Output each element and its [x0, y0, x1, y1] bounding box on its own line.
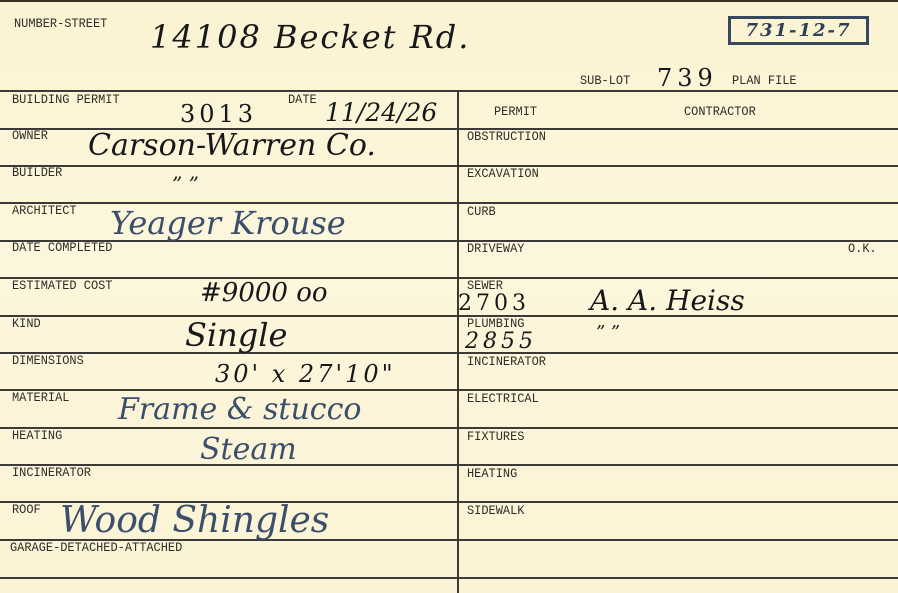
date-completed-label: DATE COMPLETED: [12, 240, 112, 255]
date-value: 11/24/26: [325, 98, 437, 127]
builder-label: BUILDER: [12, 165, 62, 180]
heating-label: HEATING: [12, 428, 62, 443]
sewer-permit-value: 2703: [458, 291, 530, 316]
building-permit-label: BUILDING PERMIT: [12, 92, 120, 107]
curb-label: CURB: [467, 204, 496, 219]
incinerator-permit-label: INCINERATOR: [467, 354, 546, 369]
contractor-column-header: CONTRACTOR: [684, 104, 756, 119]
garage-label: GARAGE-DETACHED-ATTACHED: [10, 540, 182, 555]
rule-line: [457, 464, 898, 466]
driveway-label: DRIVEWAY: [467, 241, 524, 256]
file-number-stamp: 731-12-7: [728, 16, 869, 45]
plumbing-contractor-value: ” ”: [596, 322, 620, 343]
number-street-label: NUMBER-STREET: [14, 16, 107, 31]
material-label: MATERIAL: [12, 390, 69, 405]
rule-line: [0, 577, 457, 579]
heating-value: Steam: [200, 432, 297, 467]
building-permit-value: 3013: [180, 100, 257, 128]
electrical-label: ELECTRICAL: [467, 391, 539, 406]
sub-lot-label: SUB-LOT: [580, 73, 630, 88]
file-number-stamp-text: 731-12-7: [745, 20, 851, 41]
card-top-edge: [0, 0, 898, 2]
plan-file-label: PLAN FILE: [732, 73, 797, 88]
roof-label: ROOF: [12, 502, 41, 517]
architect-label: ARCHITECT: [12, 203, 77, 218]
estimated-cost-value: #9000 oo: [200, 278, 328, 308]
rule-line: [457, 202, 898, 204]
estimated-cost-label: ESTIMATED COST: [12, 278, 112, 293]
rule-line: [457, 539, 898, 541]
sidewalk-label: SIDEWALK: [467, 503, 524, 518]
owner-value: Carson-Warren Co.: [88, 128, 376, 163]
plumbing-permit-value: 2855: [465, 329, 537, 354]
roof-value: Wood Shingles: [60, 500, 329, 541]
dimensions-label: DIMENSIONS: [12, 353, 84, 368]
rule-line: [457, 577, 898, 579]
architect-value: Yeager Krouse: [110, 204, 346, 242]
sewer-contractor-value: A. A. Heiss: [590, 284, 745, 317]
obstruction-label: OBSTRUCTION: [467, 129, 546, 144]
owner-label: OWNER: [12, 128, 48, 143]
sub-lot-value: 739: [657, 64, 718, 92]
incinerator-label: INCINERATOR: [12, 465, 91, 480]
rule-line: [457, 277, 898, 279]
kind-value: Single: [185, 316, 287, 354]
driveway-note: O.K.: [848, 241, 877, 256]
building-permit-card: NUMBER-STREET 14108 Becket Rd. 731-12-7 …: [0, 0, 898, 593]
rule-line: [0, 165, 457, 167]
dimensions-value: 30' x 27'10": [215, 360, 396, 388]
rule-line: [0, 427, 457, 429]
number-street-value: 14108 Becket Rd.: [150, 18, 470, 56]
heating-permit-label: HEATING: [467, 466, 517, 481]
builder-value: ” ”: [172, 172, 199, 196]
excavation-label: EXCAVATION: [467, 166, 539, 181]
material-value: Frame & stucco: [118, 392, 361, 427]
permit-column-header: PERMIT: [494, 104, 537, 119]
kind-label: KIND: [12, 316, 41, 331]
date-label: DATE: [288, 92, 317, 107]
rule-line: [0, 90, 898, 92]
fixtures-label: FIXTURES: [467, 429, 524, 444]
